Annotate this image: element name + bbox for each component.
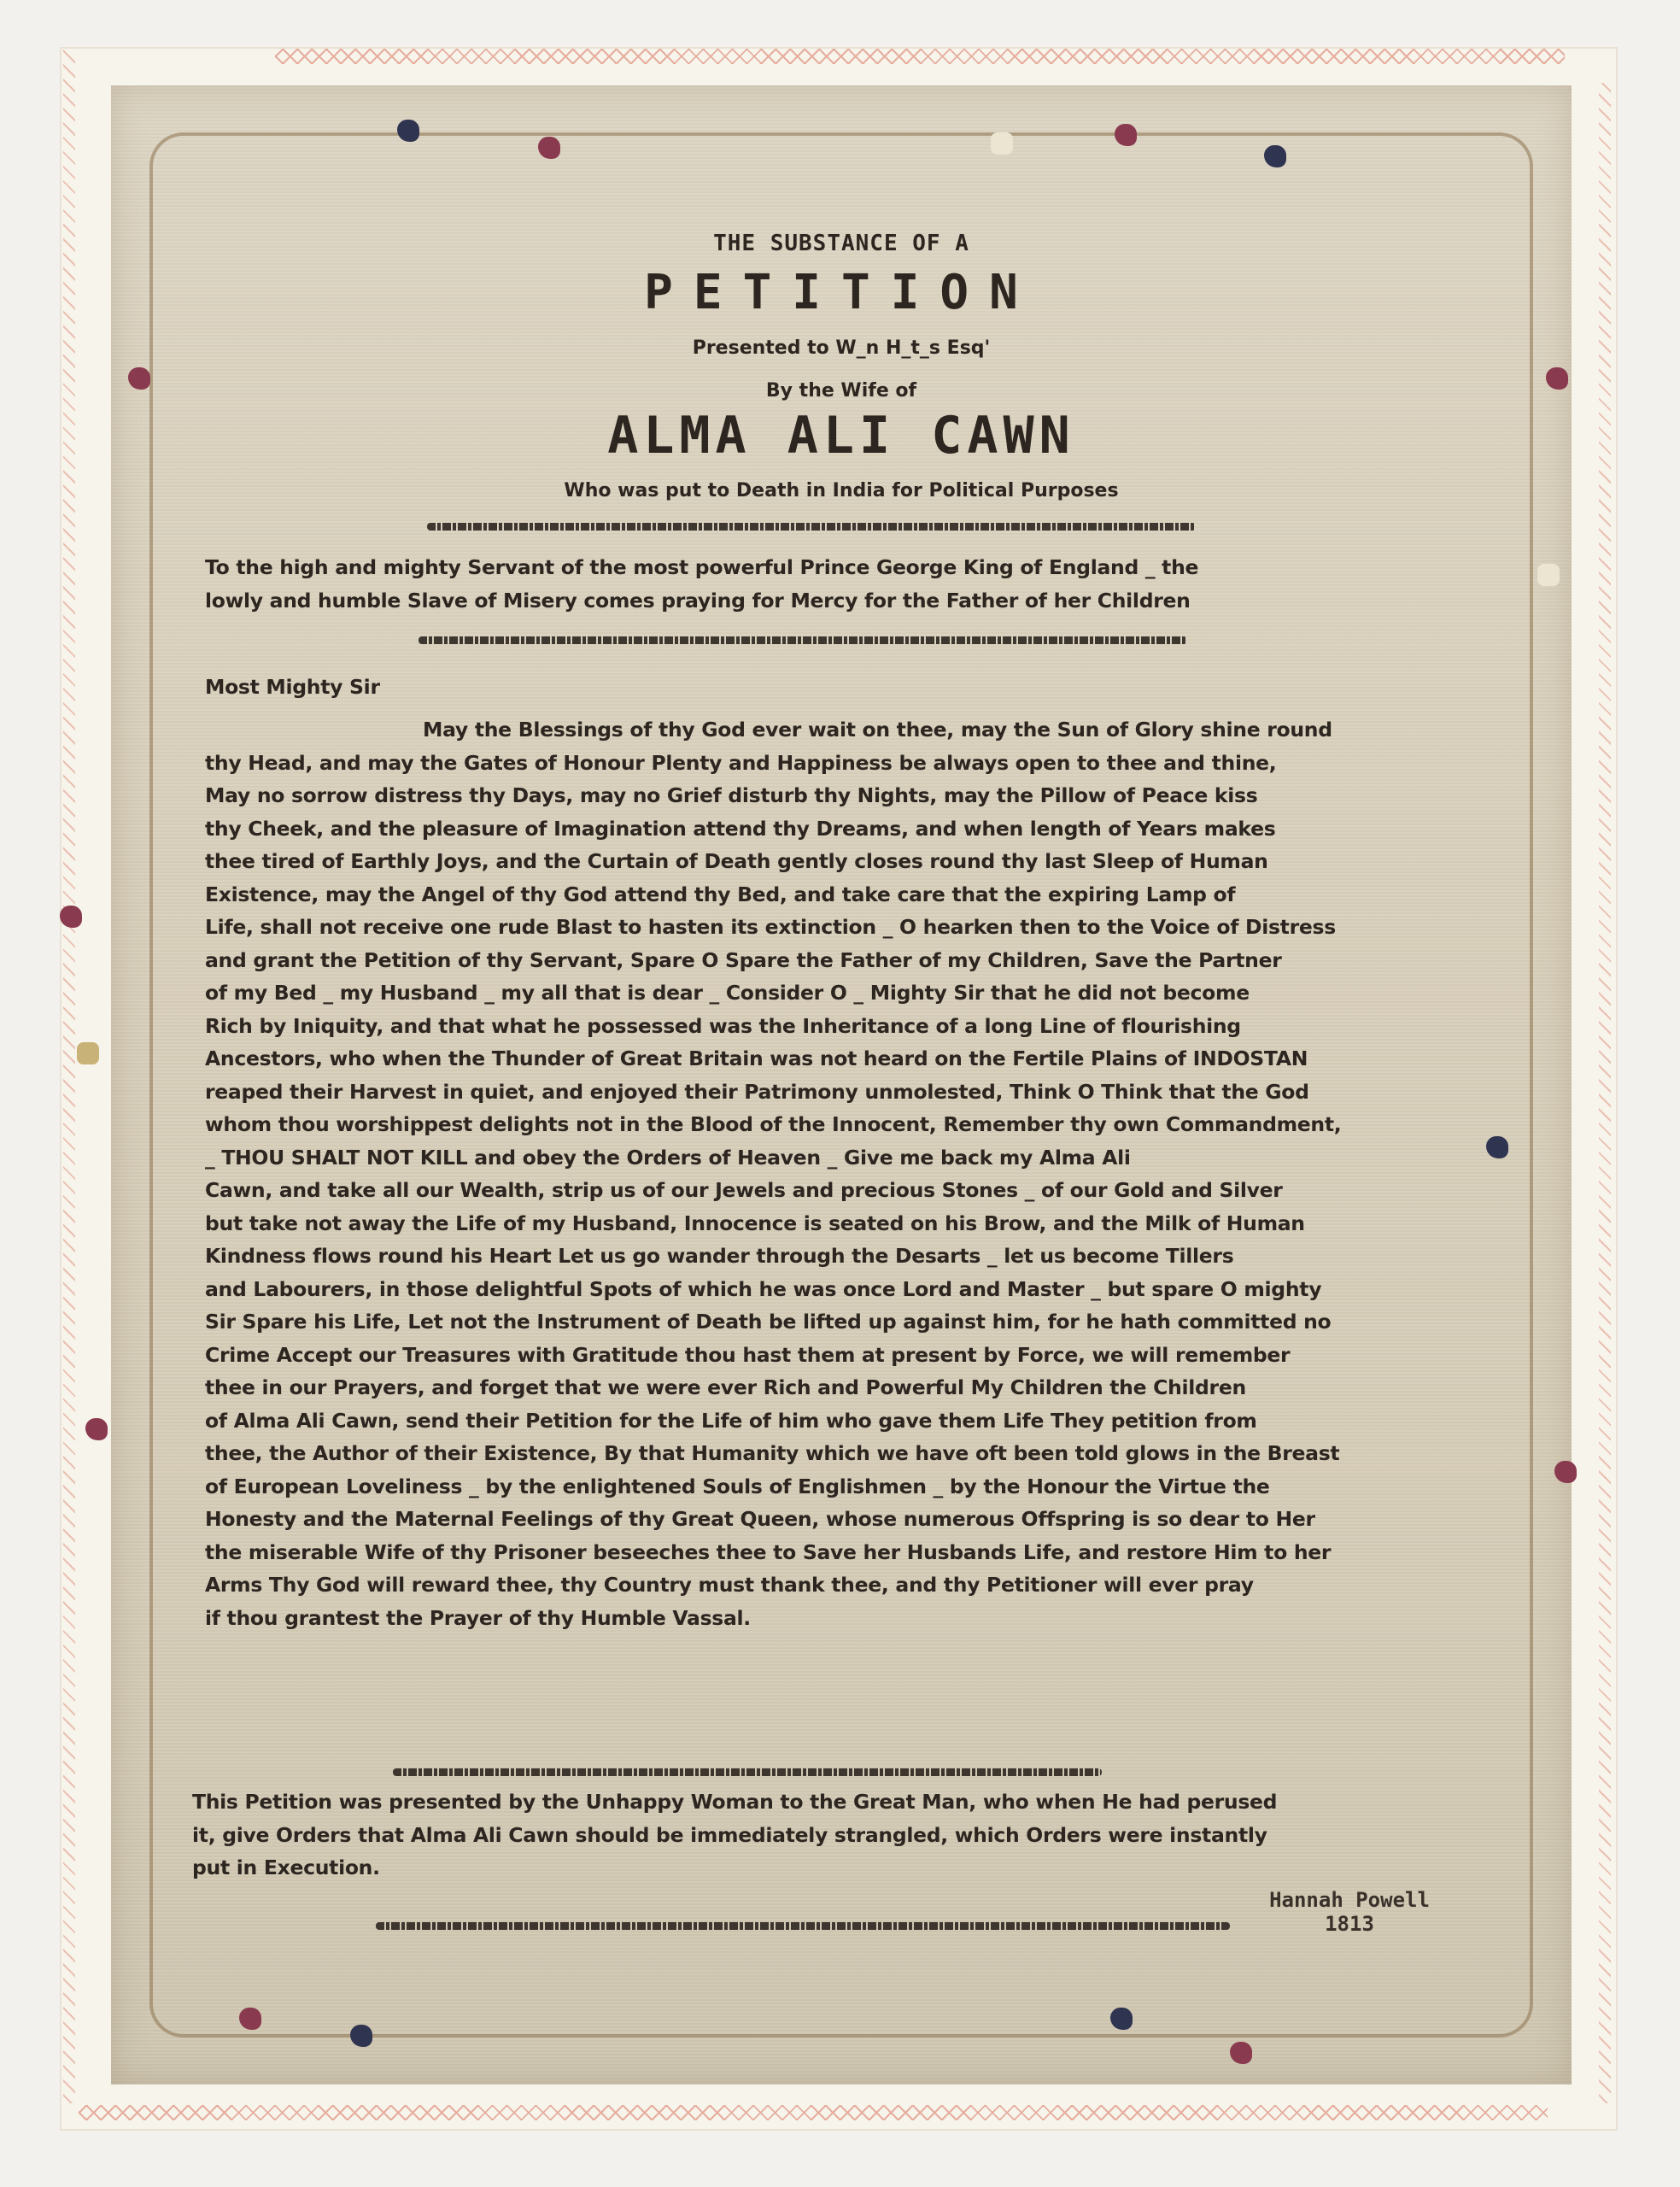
body-line: Ancestors, who when the Thunder of Great… — [205, 1042, 1341, 1076]
flower-icon — [991, 132, 1013, 155]
petition-body: May the Blessings of thy God ever wait o… — [205, 713, 1341, 1634]
body-line: thy Head, and may the Gates of Honour Pl… — [205, 747, 1341, 780]
body-line: if thou grantest the Prayer of thy Humbl… — [205, 1602, 1341, 1635]
flower-icon — [538, 137, 560, 159]
body-line: of Alma Ali Cawn, send their Petition fo… — [205, 1404, 1341, 1438]
body-line: and grant the Petition of thy Servant, S… — [205, 944, 1341, 977]
body-line: Kindness flows round his Heart Let us go… — [205, 1240, 1341, 1273]
flower-icon — [1115, 124, 1137, 146]
name-title: ALMA ALI CAWN — [111, 406, 1572, 466]
body-line: reaped their Harvest in quiet, and enjoy… — [205, 1076, 1341, 1109]
stitched-divider — [376, 1922, 1230, 1930]
flower-icon — [1554, 1461, 1577, 1483]
body-line: thee, the Author of their Existence, By … — [205, 1437, 1341, 1470]
body-line: Existence, may the Angel of thy God atte… — [205, 878, 1341, 912]
body-line: Life, shall not receive one rude Blast t… — [205, 911, 1341, 944]
body-line: Honesty and the Maternal Feelings of thy… — [205, 1503, 1341, 1536]
body-line: May the Blessings of thy God ever wait o… — [205, 713, 1341, 747]
signature: Hannah Powell 1813 — [1238, 1888, 1460, 1936]
postscript-line: This Petition was presented by the Unhap… — [192, 1785, 1277, 1819]
body-line: May no sorrow distress thy Days, may no … — [205, 779, 1341, 812]
flower-icon — [1110, 2008, 1133, 2030]
stitched-divider — [427, 523, 1196, 531]
address-line: To the high and mighty Servant of the mo… — [205, 551, 1198, 584]
body-line: of my Bed _ my Husband _ my all that is … — [205, 976, 1341, 1010]
body-line: the miserable Wife of thy Prisoner besee… — [205, 1536, 1341, 1569]
body-line: but take not away the Life of my Husband… — [205, 1207, 1341, 1240]
flower-icon — [77, 1042, 99, 1064]
flower-icon — [239, 2008, 261, 2030]
postscript-line: it, give Orders that Alma Ali Cawn shoul… — [192, 1819, 1277, 1852]
body-line: Rich by Iniquity, and that what he posse… — [205, 1010, 1341, 1043]
body-line: thee in our Prayers, and forget that we … — [205, 1371, 1341, 1404]
flower-icon — [1486, 1136, 1508, 1158]
flower-icon — [1230, 2042, 1252, 2064]
stitched-divider — [419, 636, 1187, 644]
zigzag-stitch-bottom — [79, 2105, 1548, 2120]
signature-year: 1813 — [1238, 1912, 1460, 1936]
body-line: thy Cheek, and the pleasure of Imaginati… — [205, 812, 1341, 846]
body-line: Cawn, and take all our Wealth, strip us … — [205, 1174, 1341, 1207]
flower-icon — [1537, 564, 1560, 586]
postscript-line: put in Execution. — [192, 1851, 1277, 1885]
pretitle: THE SUBSTANCE OF A — [111, 231, 1572, 256]
body-line: and Labourers, in those delightful Spots… — [205, 1273, 1341, 1306]
zigzag-stitch-top — [275, 49, 1565, 64]
presented-to-line: Presented to W_n H_t_s Esq' — [111, 337, 1572, 359]
body-line: Arms Thy God will reward thee, thy Count… — [205, 1568, 1341, 1602]
body-line: Crime Accept our Treasures with Gratitud… — [205, 1339, 1341, 1372]
flower-icon — [397, 120, 419, 142]
flower-icon — [350, 2025, 372, 2047]
flower-icon — [1264, 145, 1286, 167]
postscript-block: This Petition was presented by the Unhap… — [192, 1785, 1277, 1885]
subtitle-line: Who was put to Death in India for Politi… — [111, 480, 1572, 501]
zigzag-stitch-right — [1599, 83, 1611, 2103]
address-line: lowly and humble Slave of Misery comes p… — [205, 584, 1198, 618]
body-line: thee tired of Earthly Joys, and the Curt… — [205, 845, 1341, 878]
body-line: of European Loveliness _ by the enlighte… — [205, 1470, 1341, 1504]
body-line: _ THOU SHALT NOT KILL and obey the Order… — [205, 1141, 1341, 1175]
by-line: By the Wife of — [111, 380, 1572, 402]
zigzag-stitch-left — [63, 49, 75, 2103]
flower-icon — [85, 1418, 108, 1440]
body-line: whom thou worshippest delights not in th… — [205, 1108, 1341, 1141]
petition-title: PETITION — [111, 265, 1572, 320]
signature-name: Hannah Powell — [1238, 1888, 1460, 1912]
flower-icon — [60, 906, 82, 928]
address-block: To the high and mighty Servant of the mo… — [205, 551, 1198, 617]
stitched-divider — [393, 1768, 1102, 1776]
salutation: Most Mighty Sir — [205, 671, 380, 704]
body-line: Sir Spare his Life, Let not the Instrume… — [205, 1305, 1341, 1339]
sampler-linen: THE SUBSTANCE OF A PETITION Presented to… — [111, 85, 1572, 2084]
